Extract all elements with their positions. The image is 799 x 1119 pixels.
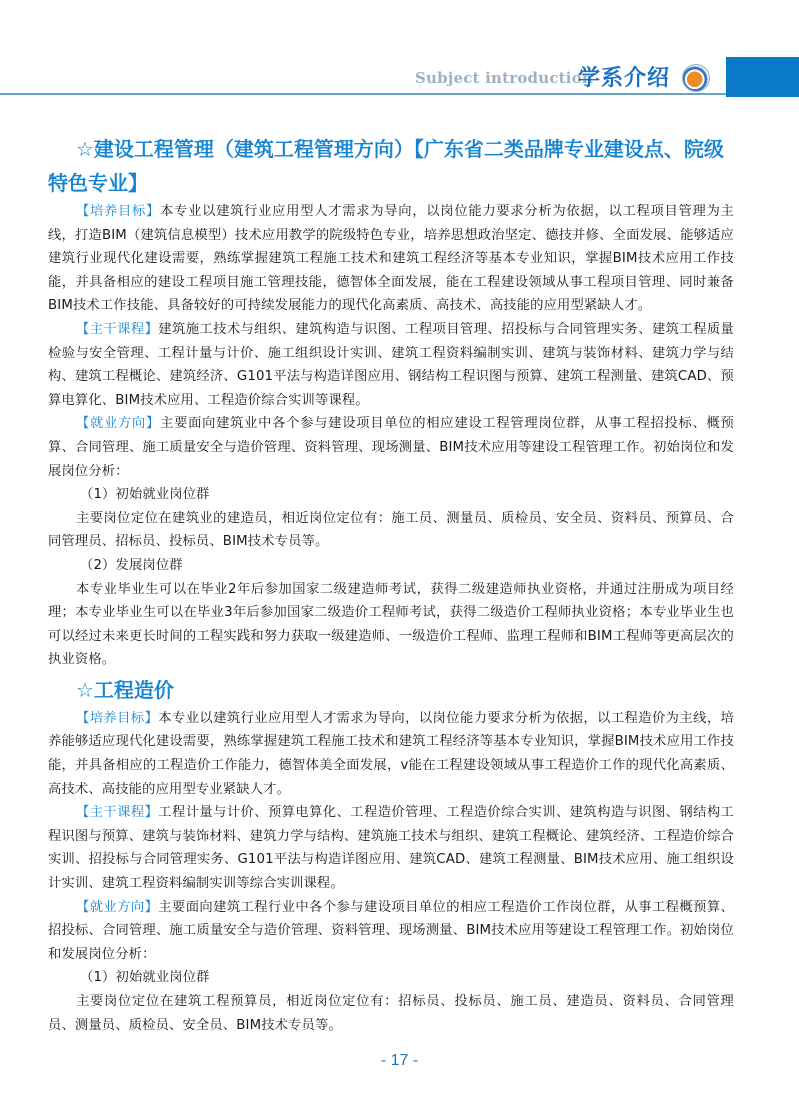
paragraph-employment: 【就业方向】主要面向建筑业中各个参与建设项目单位的相应建设工程管理岗位群，从事工… xyxy=(48,412,734,483)
paragraph-text: 本专业以建筑行业应用型人才需求为导向，以岗位能力要求分析为依据，以工程项目管理为… xyxy=(48,204,734,313)
paragraph-tag: 【主干课程】 xyxy=(76,805,158,820)
page-number: - 17 - xyxy=(0,1052,799,1070)
paragraph-tag: 【培养目标】 xyxy=(76,204,160,219)
paragraph-tag: 【就业方向】 xyxy=(76,900,158,915)
paragraph-tag: 【就业方向】 xyxy=(76,416,160,431)
page-content: ☆建设工程管理（建筑工程管理方向）【广东省二类品牌专业建设点、院级特色专业】 【… xyxy=(48,132,734,1037)
paragraph-core-courses: 【主干课程】工程计量与计价、预算电算化、工程造价管理、工程造价综合实训、建筑构造… xyxy=(48,801,734,895)
paragraph-training-goal: 【培养目标】本专业以建筑行业应用型人才需求为导向，以岗位能力要求分析为依据，以工… xyxy=(48,200,734,318)
paragraph-training-goal: 【培养目标】本专业以建筑行业应用型人才需求为导向，以岗位能力要求分析为依据，以工… xyxy=(48,707,734,801)
paragraph-tag: 【主干课程】 xyxy=(76,322,158,337)
paragraph-tag: 【培养目标】 xyxy=(76,711,158,726)
college-emblem-icon xyxy=(682,64,710,92)
subheading-initial-positions: （1）初始就业岗位群 xyxy=(48,483,734,507)
paragraph-initial-positions: 主要岗位定位在建筑工程预算员，相近岗位定位有：招标员、投标员、施工员、建造员、资… xyxy=(48,990,734,1037)
paragraph-employment: 【就业方向】主要面向建筑工程行业中各个参与建设项目单位的相应工程造价工作岗位群，… xyxy=(48,896,734,967)
header-divider xyxy=(0,93,726,95)
subheading-initial-positions: （1）初始就业岗位群 xyxy=(48,966,734,990)
paragraph-initial-positions: 主要岗位定位在建筑业的建造员，相近岗位定位有：施工员、测量员、质检员、安全员、资… xyxy=(48,507,734,554)
header-accent-block xyxy=(726,57,799,97)
page-header: Subject introduction 学系介绍 xyxy=(0,57,799,97)
section-title-cost-engineering: ☆工程造价 xyxy=(48,673,734,707)
paragraph-core-courses: 【主干课程】建筑施工技术与组织、建筑构造与识图、工程项目管理、招投标与合同管理实… xyxy=(48,318,734,412)
header-subtitle-en: Subject introduction xyxy=(415,69,593,87)
header-title-cn: 学系介绍 xyxy=(578,61,670,92)
paragraph-development-positions: 本专业毕业生可以在毕业2年后参加国家二级建造师考试，获得二级建造师执业资格，并通… xyxy=(48,578,734,672)
subheading-development-positions: （2）发展岗位群 xyxy=(48,554,734,578)
section-title-construction-management: ☆建设工程管理（建筑工程管理方向）【广东省二类品牌专业建设点、院级特色专业】 xyxy=(48,132,734,200)
